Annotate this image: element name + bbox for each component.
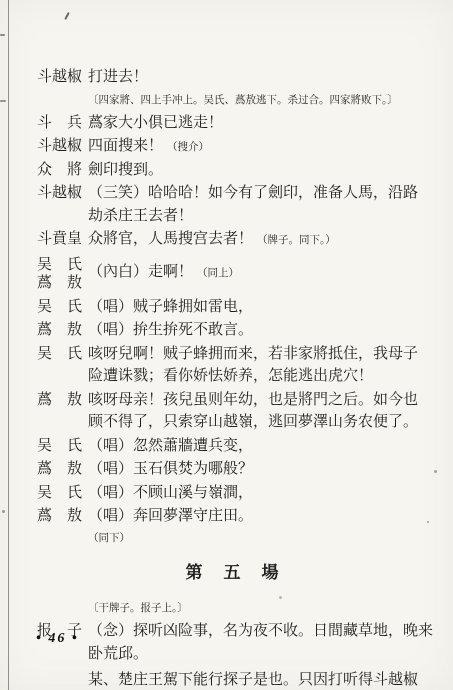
- line-text-cell: 第 五 場: [37, 562, 433, 587]
- line-text: 四面搜来！: [88, 138, 163, 154]
- line-text: 险遭诛戮；看你娇怯娇养，怎能逃出虎穴！: [88, 368, 373, 384]
- line-text-cell: 劍印搜到。: [88, 160, 433, 183]
- line-text: （同下）: [88, 533, 130, 544]
- script-line: 吴 氏 （唱）不顾山溪与嶺澗，: [37, 483, 433, 506]
- line-text-cell: 打进去！: [88, 67, 433, 90]
- scan-speck: [0, 34, 5, 36]
- script-line: 顾不得了，只索穿山越嶺，逃回夢澤山务农便了。: [37, 412, 433, 435]
- script-line: 蔿 敖 （唱）奔回夢澤守庄田。: [37, 506, 433, 529]
- stage-note: （同上）: [197, 268, 239, 279]
- script-line: 报 子 （念）探听凶险事，名为夜不收。日間藏草地，晚来: [37, 621, 433, 644]
- speaker-name: 蔿 敖: [37, 320, 88, 342]
- scan-speck: [64, 12, 70, 20]
- line-text: （唱）玉石俱焚为哪般？: [88, 461, 253, 477]
- speaker-name-stacked: 蔿 敖: [37, 274, 88, 292]
- script-line: 第 五 場: [37, 562, 433, 587]
- speaker-name: 吴 氏: [37, 297, 88, 319]
- line-text-cell: 顾不得了，只索穿山越嶺，逃回夢澤山务农便了。: [88, 412, 433, 435]
- line-text-cell: （內白）走啊！（同上）: [88, 262, 433, 285]
- line-text-cell: （念）探听凶险事，名为夜不收。日間藏草地，晚来: [88, 621, 433, 644]
- script-line: 吴 氏 咳呀兒啊！贼子蜂拥而来，若非家將抵住，我母子: [37, 344, 433, 367]
- line-text: 〔干牌子。报子上。〕: [88, 603, 188, 614]
- speaker-name: 吴 氏: [37, 344, 88, 366]
- script-line: 吴 氏 （唱）忽然蕭牆遭兵变，: [37, 436, 433, 459]
- speaker-name: 斗越椒: [37, 183, 88, 205]
- line-text: （唱）奔回夢澤守庄田。: [88, 508, 253, 524]
- line-text: （唱）贼子蜂拥如雷电，: [88, 299, 253, 315]
- line-text-cell: （三笑）哈哈哈！如今有了劍印，准备人馬，沿路: [88, 183, 433, 206]
- script-line: 吴 氏蔿 敖 （內白）走啊！（同上）: [37, 256, 433, 292]
- line-text: 打进去！: [88, 69, 148, 85]
- speaker-name: 众 將: [37, 160, 88, 182]
- script-line: 吴 氏 （唱）贼子蜂拥如雷电，: [37, 297, 433, 320]
- stage-note: （牌子。同下。）: [257, 235, 336, 246]
- line-text-cell: 劫杀庄王去者！: [88, 206, 433, 229]
- script-line: （同下）: [37, 529, 433, 548]
- line-text-cell: 〔四家將、四上手冲上。吴氏、蔿敖逃下。杀过合。四家將败下。〕: [88, 91, 433, 110]
- script-line: 〔四家將、四上手冲上。吴氏、蔿敖逃下。杀过合。四家將败下。〕: [37, 91, 433, 110]
- script-line: 某、楚庄王駕下能行探子是也。只因打听得斗越椒: [37, 670, 433, 690]
- line-text: （三笑）哈哈哈！如今有了劍印，准备人馬，沿路: [88, 185, 418, 201]
- line-text-cell: （唱）不顾山溪与嶺澗，: [88, 483, 433, 506]
- line-text: （念）探听凶险事，名为夜不收。日間藏草地，晚来: [88, 623, 433, 639]
- speaker-name: 吴 氏蔿 敖: [37, 256, 88, 292]
- line-text-cell: 〔干牌子。报子上。〕: [88, 599, 433, 618]
- line-text-cell: （唱）拚生拚死不敢言。: [88, 320, 433, 343]
- line-text: 第 五 場: [186, 563, 281, 582]
- speaker-name: 蔿 敖: [37, 390, 88, 412]
- line-text: 卧荒邱。: [88, 646, 148, 662]
- line-text-cell: 咳呀母亲！孩兒虽则年幼，也是將門之后。如今也: [88, 390, 433, 413]
- stage-note: （搜介）: [167, 142, 209, 153]
- speaker-name: 吴 氏: [37, 436, 88, 458]
- line-text-cell: （唱）忽然蕭牆遭兵变，: [88, 436, 433, 459]
- page-number: • 46 •: [36, 631, 79, 647]
- script-line: 险遭诛戮；看你娇怯娇养，怎能逃出虎穴！: [37, 366, 433, 389]
- line-text: 劍印搜到。: [88, 162, 163, 178]
- line-text-cell: （同下）: [88, 529, 433, 548]
- line-text: （唱）忽然蕭牆遭兵变，: [88, 438, 253, 454]
- book-page: 斗越椒 打进去！ 〔四家將、四上手冲上。吴氏、蔿敖逃下。杀过合。四家將败下。〕 …: [0, 0, 453, 690]
- speaker-name: 蔿 敖: [37, 459, 88, 481]
- speaker-name-stacked: 吴 氏: [37, 256, 88, 274]
- line-text: 〔四家將、四上手冲上。吴氏、蔿敖逃下。杀过合。四家將败下。〕: [88, 95, 398, 106]
- line-text: （唱）拚生拚死不敢言。: [88, 322, 253, 338]
- script-line: 斗越椒 四面搜来！（搜介）: [37, 136, 433, 159]
- line-text: 顾不得了，只索穿山越嶺，逃回夢澤山务农便了。: [88, 414, 418, 430]
- line-text-cell: （唱）玉石俱焚为哪般？: [88, 459, 433, 482]
- line-text-cell: 咳呀兒啊！贼子蜂拥而来，若非家將抵住，我母子: [88, 344, 433, 367]
- line-text: （內白）走啊！: [88, 264, 193, 280]
- line-text: 某、楚庄王駕下能行探子是也。只因打听得斗越椒: [88, 672, 418, 688]
- speaker-name: 斗賁皇: [37, 229, 88, 251]
- line-text-cell: （唱）奔回夢澤守庄田。: [88, 506, 433, 529]
- line-text-cell: 险遭诛戮；看你娇怯娇养，怎能逃出虎穴！: [88, 366, 433, 389]
- line-text: 咳呀兒啊！贼子蜂拥而来，若非家將抵住，我母子: [88, 346, 418, 362]
- script-line: 蔿 敖 （唱）玉石俱焚为哪般？: [37, 459, 433, 482]
- line-text: 众將官，人馬搜宫去者！: [88, 231, 253, 247]
- speaker-name: 斗 兵: [37, 113, 88, 135]
- line-text: （唱）不顾山溪与嶺澗，: [88, 485, 253, 501]
- line-text-cell: 蔿家大小俱已逃走！: [88, 113, 433, 136]
- line-text-cell: （唱）贼子蜂拥如雷电，: [88, 297, 433, 320]
- script-line: 〔干牌子。报子上。〕: [37, 599, 433, 618]
- script-line: 斗賁皇 众將官，人馬搜宫去者！（牌子。同下。）: [37, 229, 433, 252]
- script-line: 蔿 敖 （唱）拚生拚死不敢言。: [37, 320, 433, 343]
- script-line: 斗越椒 打进去！: [37, 67, 433, 90]
- line-text: 咳呀母亲！孩兒虽则年幼，也是將門之后。如今也: [88, 392, 418, 408]
- line-text-cell: 众將官，人馬搜宫去者！（牌子。同下。）: [88, 229, 433, 252]
- script-line: 众 將 劍印搜到。: [37, 160, 433, 183]
- line-text-cell: 四面搜来！（搜介）: [88, 136, 433, 159]
- speaker-name: 斗越椒: [37, 136, 88, 158]
- script-line: 斗 兵 蔿家大小俱已逃走！: [37, 113, 433, 136]
- speaker-name: 吴 氏: [37, 483, 88, 505]
- speaker-name: 斗越椒: [37, 67, 88, 89]
- script-lines: 斗越椒 打进去！ 〔四家將、四上手冲上。吴氏、蔿敖逃下。杀过合。四家將败下。〕 …: [0, 66, 453, 690]
- line-text: 劫杀庄王去者！: [88, 208, 193, 224]
- script-line: 斗越椒 （三笑）哈哈哈！如今有了劍印，准备人馬，沿路: [37, 183, 433, 206]
- script-line: 卧荒邱。: [37, 644, 433, 667]
- line-text-cell: 卧荒邱。: [88, 644, 433, 667]
- line-text: 蔿家大小俱已逃走！: [88, 115, 223, 131]
- script-line: 劫杀庄王去者！: [37, 206, 433, 229]
- speaker-name: 蔿 敖: [37, 506, 88, 528]
- line-text-cell: 某、楚庄王駕下能行探子是也。只因打听得斗越椒: [88, 670, 433, 690]
- script-line: 蔿 敖 咳呀母亲！孩兒虽则年幼，也是將門之后。如今也: [37, 390, 433, 413]
